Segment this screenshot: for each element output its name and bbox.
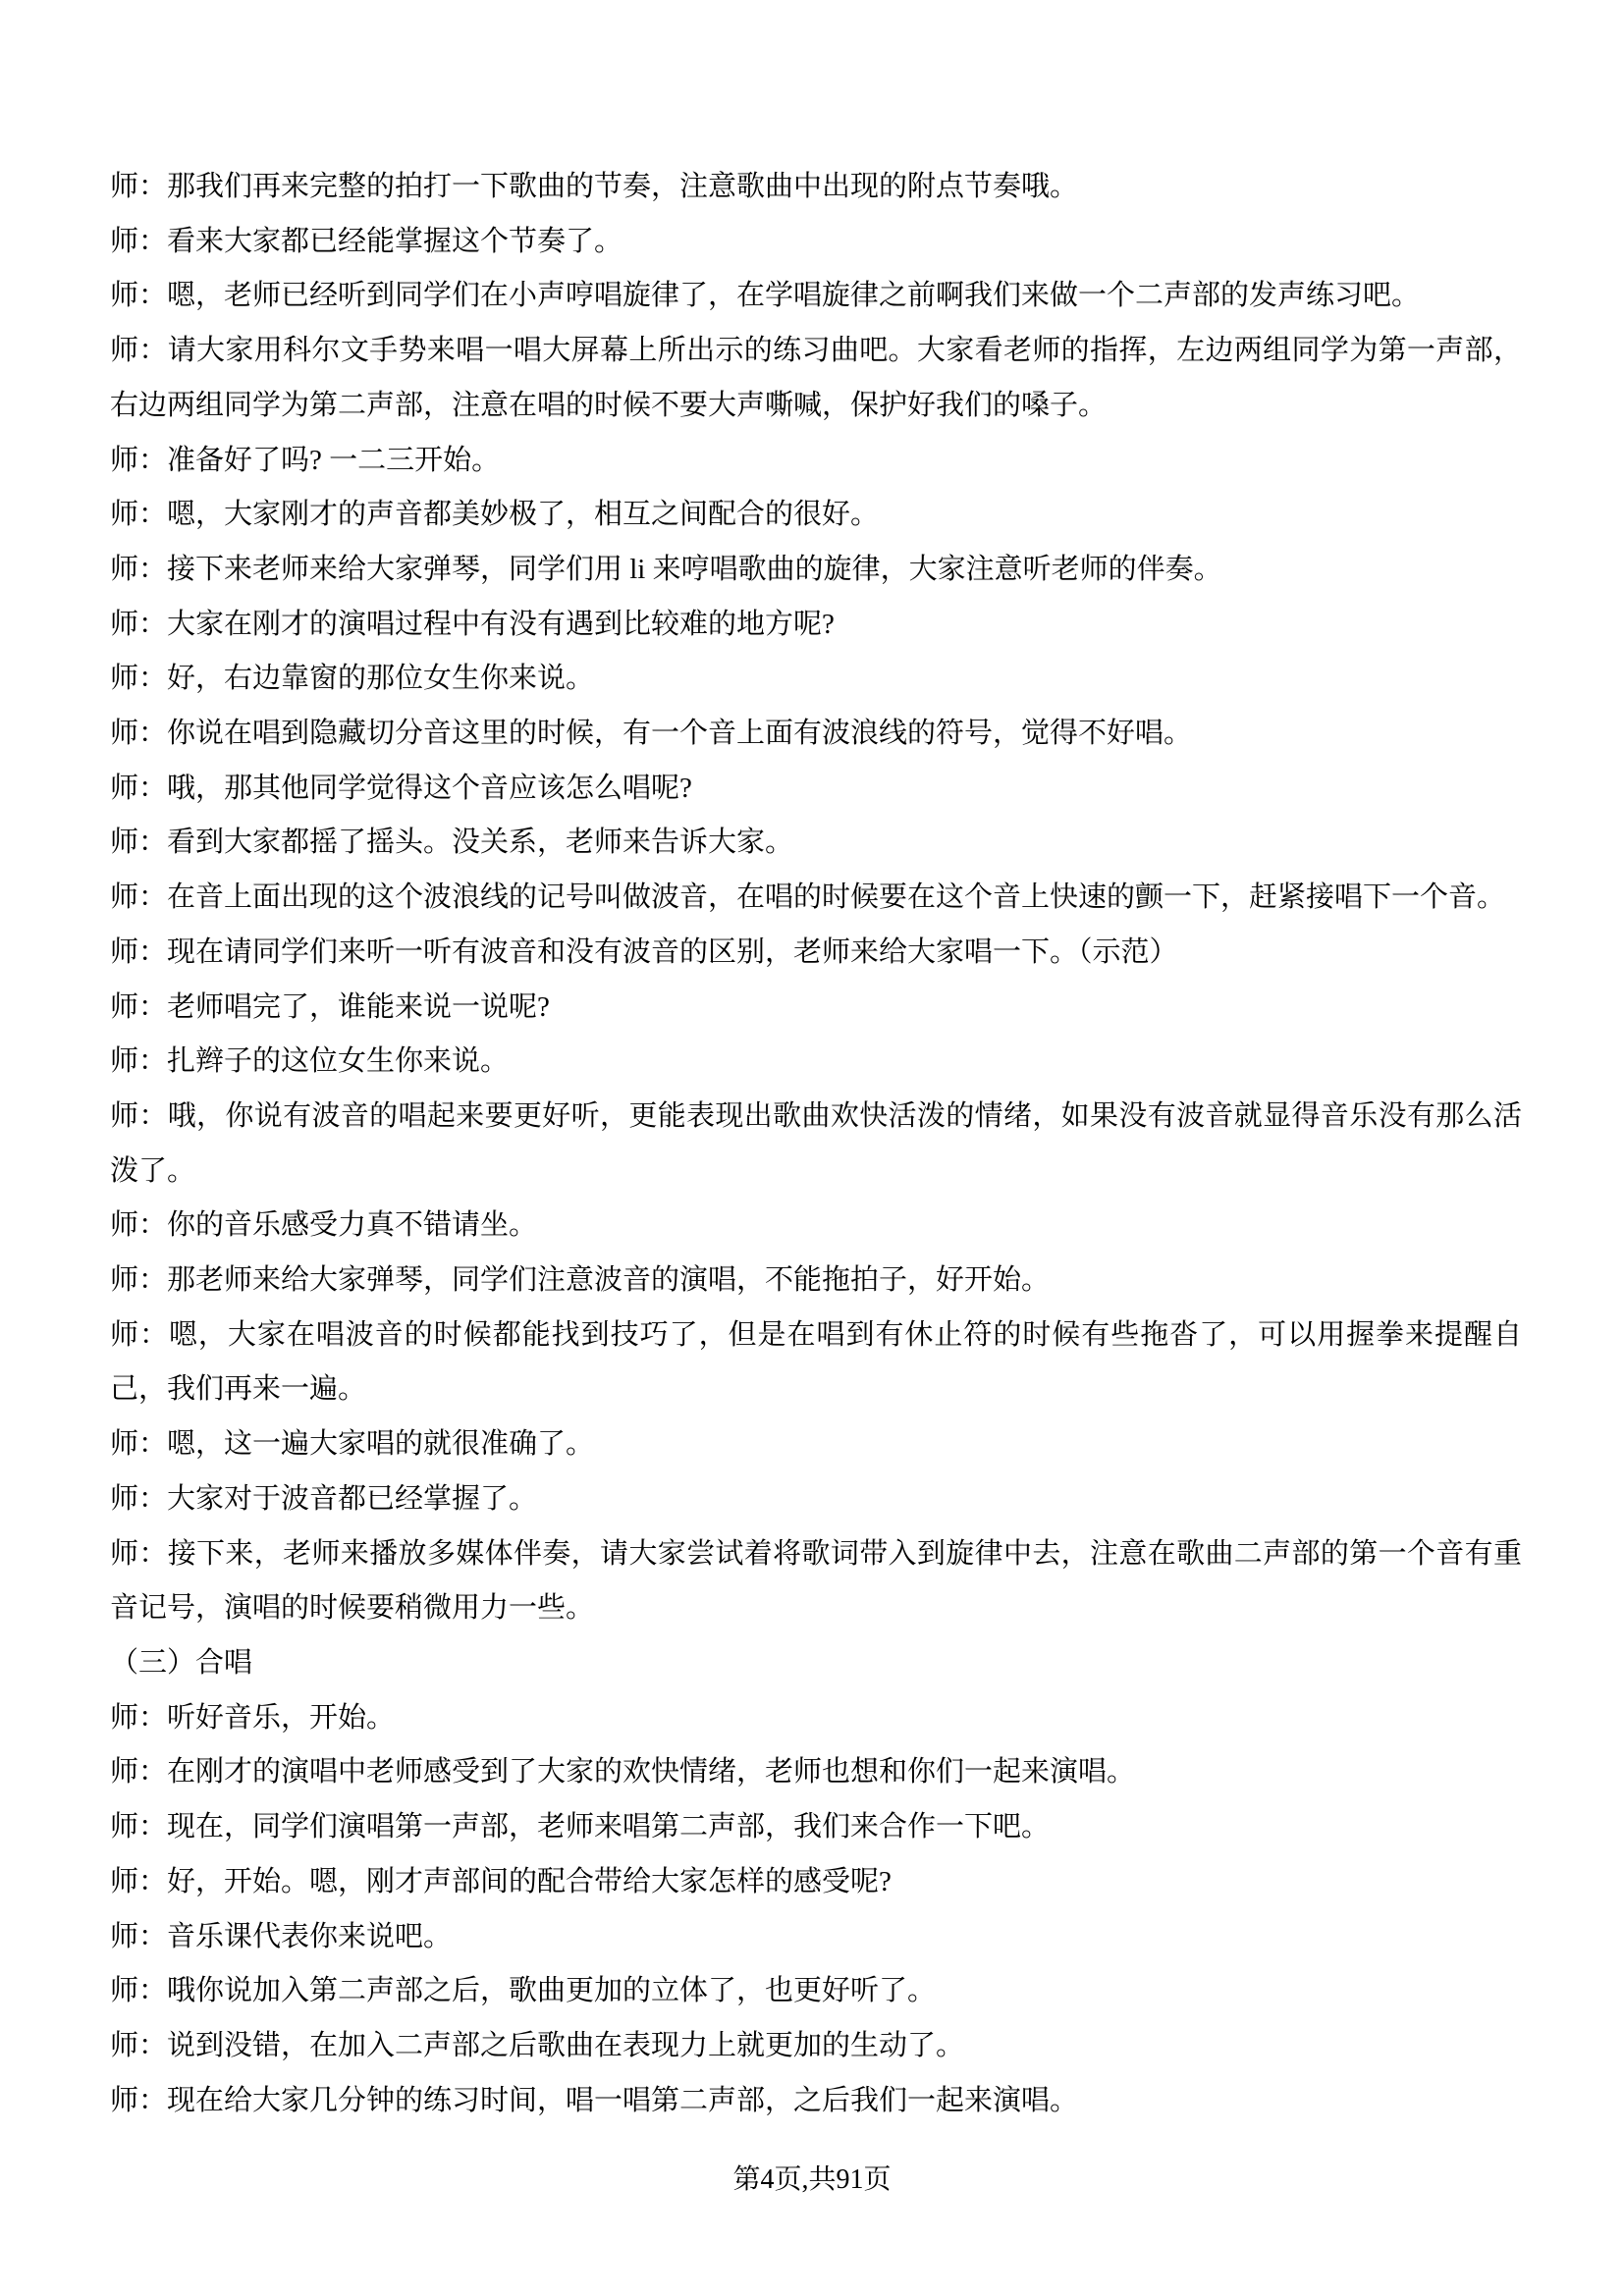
dialogue-line: 师：接下来老师来给大家弹琴，同学们用 li 来哼唱歌曲的旋律，大家注意听老师的伴… bbox=[110, 543, 1522, 598]
dialogue-line: 师：你的音乐感受力真不错请坐。 bbox=[110, 1199, 1522, 1254]
page-number: 第4页,共91页 bbox=[732, 2164, 891, 2195]
dialogue-line: 师：请大家用科尔文手势来唱一唱大屏幕上所出示的练习曲吧。大家看老师的指挥，左边两… bbox=[110, 324, 1522, 433]
dialogue-line: 师：哦，你说有波音的唱起来要更好听，更能表现出歌曲欢快活泼的情绪，如果没有波音就… bbox=[110, 1090, 1522, 1199]
dialogue-line: 师：那老师来给大家弹琴，同学们注意波音的演唱，不能拖拍子，好开始。 bbox=[110, 1254, 1522, 1308]
dialogue-line: 师：看到大家都摇了摇头。没关系，老师来告诉大家。 bbox=[110, 816, 1522, 871]
dialogue-line: 师：接下来，老师来播放多媒体伴奏，请大家尝试着将歌词带入到旋律中去，注意在歌曲二… bbox=[110, 1527, 1522, 1636]
dialogue-line: 师：嗯，大家在唱波音的时候都能找到技巧了，但是在唱到有休止符的时候有些拖沓了，可… bbox=[110, 1308, 1522, 1417]
dialogue-line: 师：那我们再来完整的拍打一下歌曲的节奏，注意歌曲中出现的附点节奏哦。 bbox=[110, 160, 1522, 215]
lesson-transcript: 师：那我们再来完整的拍打一下歌曲的节奏，注意歌曲中出现的附点节奏哦。 师：看来大… bbox=[110, 160, 1522, 2128]
dialogue-line: 师：哦你说加入第二声部之后，歌曲更加的立体了，也更好听了。 bbox=[110, 1964, 1522, 2019]
document-page: 师：那我们再来完整的拍打一下歌曲的节奏，注意歌曲中出现的附点节奏哦。 师：看来大… bbox=[0, 0, 1624, 2296]
dialogue-line: 师：说到没错，在加入二声部之后歌曲在表现力上就更加的生动了。 bbox=[110, 2019, 1522, 2074]
dialogue-line: 师：音乐课代表你来说吧。 bbox=[110, 1910, 1522, 1965]
dialogue-line: 师：扎辫子的这位女生你来说。 bbox=[110, 1035, 1522, 1090]
dialogue-line: 师：好，开始。嗯，刚才声部间的配合带给大家怎样的感受呢? bbox=[110, 1855, 1522, 1910]
dialogue-line: 师：哦，那其他同学觉得这个音应该怎么唱呢? bbox=[110, 762, 1522, 817]
dialogue-line: 师：准备好了吗? 一二三开始。 bbox=[110, 434, 1522, 489]
dialogue-line: 师：好，右边靠窗的那位女生你来说。 bbox=[110, 652, 1522, 707]
dialogue-line: 师：嗯，大家刚才的声音都美妙极了，相互之间配合的很好。 bbox=[110, 488, 1522, 543]
dialogue-line: 师：大家对于波音都已经掌握了。 bbox=[110, 1472, 1522, 1527]
page-footer: 第4页,共91页 bbox=[0, 2161, 1624, 2200]
dialogue-line: 师：现在，同学们演唱第一声部，老师来唱第二声部，我们来合作一下吧。 bbox=[110, 1800, 1522, 1855]
dialogue-line: 师：听好音乐，开始。 bbox=[110, 1691, 1522, 1746]
dialogue-line: 师：看来大家都已经能掌握这个节奏了。 bbox=[110, 215, 1522, 270]
dialogue-line: 师：嗯，这一遍大家唱的就很准确了。 bbox=[110, 1417, 1522, 1472]
dialogue-line: 师：大家在刚才的演唱过程中有没有遇到比较难的地方呢? bbox=[110, 598, 1522, 653]
dialogue-line: 师：你说在唱到隐藏切分音这里的时候，有一个音上面有波浪线的符号，觉得不好唱。 bbox=[110, 707, 1522, 762]
dialogue-line: 师：在音上面出现的这个波浪线的记号叫做波音，在唱的时候要在这个音上快速的颤一下，… bbox=[110, 871, 1522, 926]
dialogue-line: 师：老师唱完了，谁能来说一说呢? bbox=[110, 981, 1522, 1036]
section-heading: （三）合唱 bbox=[110, 1636, 1522, 1691]
dialogue-line: 师：现在请同学们来听一听有波音和没有波音的区别，老师来给大家唱一下。（示范） bbox=[110, 926, 1522, 981]
dialogue-line: 师：在刚才的演唱中老师感受到了大家的欢快情绪，老师也想和你们一起来演唱。 bbox=[110, 1745, 1522, 1800]
dialogue-line: 师：现在给大家几分钟的练习时间，唱一唱第二声部，之后我们一起来演唱。 bbox=[110, 2074, 1522, 2129]
dialogue-line: 师：嗯，老师已经听到同学们在小声哼唱旋律了，在学唱旋律之前啊我们来做一个二声部的… bbox=[110, 269, 1522, 324]
